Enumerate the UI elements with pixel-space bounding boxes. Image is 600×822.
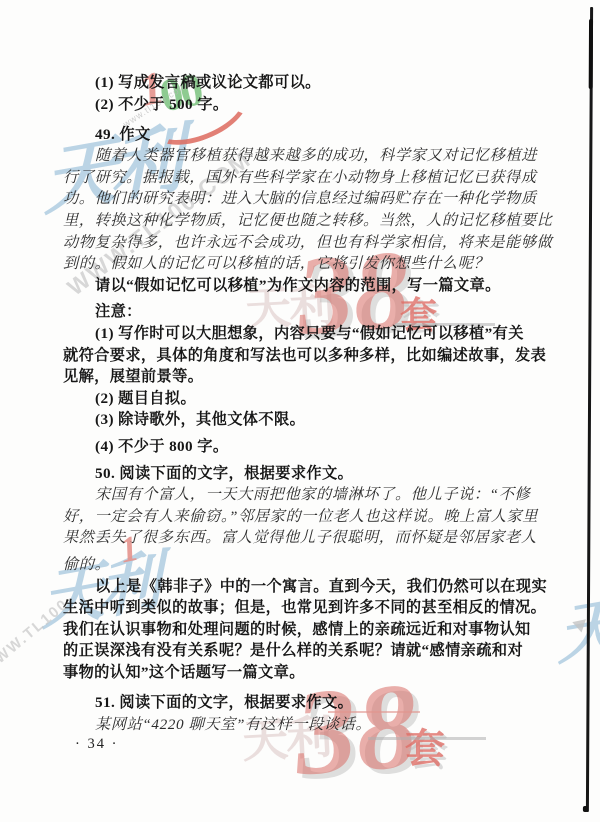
text-line: 好，一定会有人来偷窃。”邻居家的一位老人也这样说。晚上富人家里	[63, 506, 543, 528]
scanned-exam-page: 天利 1 00 www.tl100.com WWW.TL100.COM 天利 1…	[0, 0, 600, 822]
text-line: 果然丢失了很多东西。富人觉得他儿子很聪明，而怀疑是邻居家老人	[63, 527, 543, 549]
tianli-url-fragment: WWW.TL100	[0, 596, 72, 678]
text-line: 某网站“4220 聊天室”有这样一段谈话。	[63, 714, 543, 736]
text-line: 事物的认知”这个话题写一篇文章。	[63, 662, 543, 684]
watermark-tianli-logo-right: 天利	[548, 565, 600, 695]
text-line: 请以“假如记忆可以移植”为作文内容的范围，写一篇文章。	[63, 275, 543, 297]
text-line: 注意：	[63, 301, 543, 323]
text-line: 里，转换这种化学物质，记忆便也随之转移。当然，人的记忆移植要比	[63, 210, 543, 232]
text-line: 生活中听到类似的故事；但是，也常见到许多不同的甚至相反的情况。	[63, 597, 543, 619]
text-line: 随着人类器官移植获得越来越多的成功，科学家又对记忆移植进	[63, 145, 543, 167]
text-line: 行了研究。据报载，国外有些科学家在小动物身上移植记忆已获得成	[63, 167, 543, 189]
text-line: 到的。假如人的记忆可以移植的话，它将引发你想些什么呢？	[63, 253, 543, 275]
page-number: · 34 ·	[63, 736, 543, 753]
text-line: 51. 阅读下面的文字，根据要求作文。	[63, 692, 543, 714]
text-line: 以上是《韩非子》中的一个寓言。直到今天，我们仍然可以在现实	[63, 576, 543, 598]
text-line: 动物复杂得多，也许永远不会成功，但也有科学家相信，将来是能够做	[63, 232, 543, 254]
text-line: 功。他们的研究表明：进入大脑的信息经过编码贮存在一种化学物质	[63, 188, 543, 210]
text-line: (4) 不少于 800 字。	[63, 436, 543, 458]
tianli-brand-text: 天利	[555, 565, 600, 678]
text-line: (2) 题目自拟。	[63, 388, 543, 410]
watermark-arrow-fragment	[570, 615, 586, 632]
text-line: 就符合要求，具体的角度和写法也可以多种多样，比如编述故事，发表	[63, 345, 543, 367]
text-line: (3) 除诗歌外，其他文体不限。	[63, 409, 543, 431]
text-line: (2) 不少于 500 字。	[63, 94, 543, 116]
text-block: (1) 写成发言稿或议论文都可以。(2) 不少于 500 字。49. 作文随着人…	[63, 72, 543, 753]
scan-edge-line	[586, 7, 593, 812]
text-line: 49. 作文	[63, 124, 543, 146]
text-line: 的正误深浅有没有关系呢？是什么样的关系呢？请就“感情亲疏和对	[63, 640, 543, 662]
text-line: (1) 写成发言稿或议论文都可以。	[63, 72, 543, 94]
text-line: 见解，展望前景等。	[63, 366, 543, 388]
text-line: 我们在认识事物和处理问题的时候，感情上的亲疏远近和对事物认知	[63, 619, 543, 641]
text-line: 宋国有个富人，一天大雨把他家的墙淋坏了。他儿子说：“不修	[63, 484, 543, 506]
text-line: 偷的。	[63, 554, 543, 576]
text-line: 50. 阅读下面的文字，根据要求作文。	[63, 463, 543, 485]
text-line: (1) 写作时可以大胆想象，内容只要与“假如记忆可以移植”有关	[63, 323, 543, 345]
